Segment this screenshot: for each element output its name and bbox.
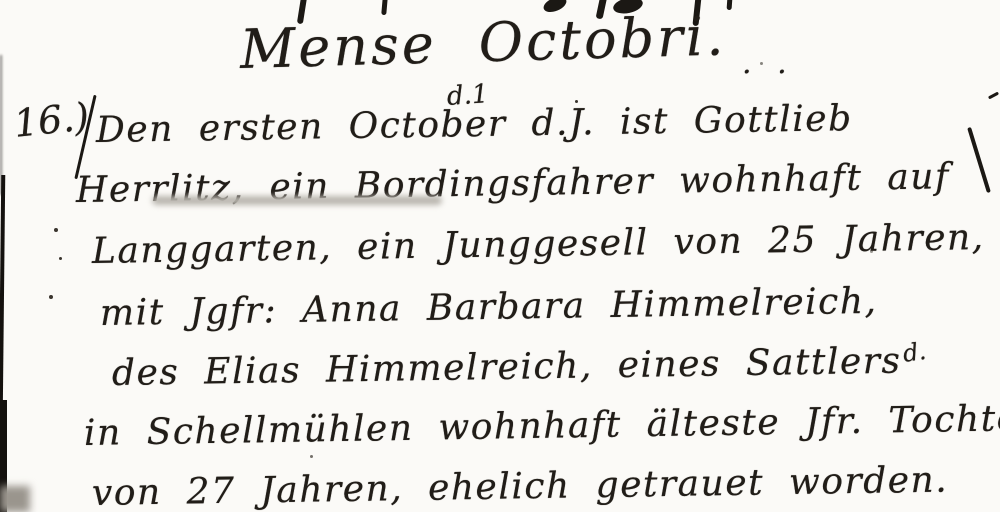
cutoff-stroke-top xyxy=(727,0,733,10)
manuscript-line: in Schellmühlen wohnhaft älteste Jfr. To… xyxy=(84,398,1000,454)
entry-number: 16.) xyxy=(12,94,91,146)
bottom-left-smear xyxy=(0,486,30,512)
manuscript-line: von 27 Jahren, ehelich getrauet worden. xyxy=(92,460,949,512)
ink-speck xyxy=(575,100,578,103)
line5-flourish: d. xyxy=(901,337,928,368)
ink-speck xyxy=(59,257,62,260)
manuscript-line: Langgarten, ein Junggesell von 25 Jahren… xyxy=(92,217,985,272)
month-heading: Mense Octobri. xyxy=(239,4,727,81)
ink-speck xyxy=(870,250,873,253)
ink-smudge xyxy=(152,196,442,205)
manuscript-page: Mense Octobri. . . d.1 16.) Den ersten O… xyxy=(0,0,1000,512)
ink-speck xyxy=(54,228,58,232)
cutoff-stroke-right xyxy=(988,92,999,100)
binding-edge xyxy=(0,175,5,415)
heading-trailing-dots: . . xyxy=(742,46,795,81)
manuscript-line: des Elias Himmelreich, eines Sattlers xyxy=(112,341,902,394)
manuscript-line: Den ersten October d.J. ist Gottlieb xyxy=(96,98,853,151)
ink-speck xyxy=(49,295,53,299)
ink-speck xyxy=(310,455,313,458)
ink-speck xyxy=(760,62,763,65)
cutoff-stroke-right xyxy=(967,127,991,193)
manuscript-line: mit Jgfr: Anna Barbara Himmelreich, xyxy=(100,281,878,334)
